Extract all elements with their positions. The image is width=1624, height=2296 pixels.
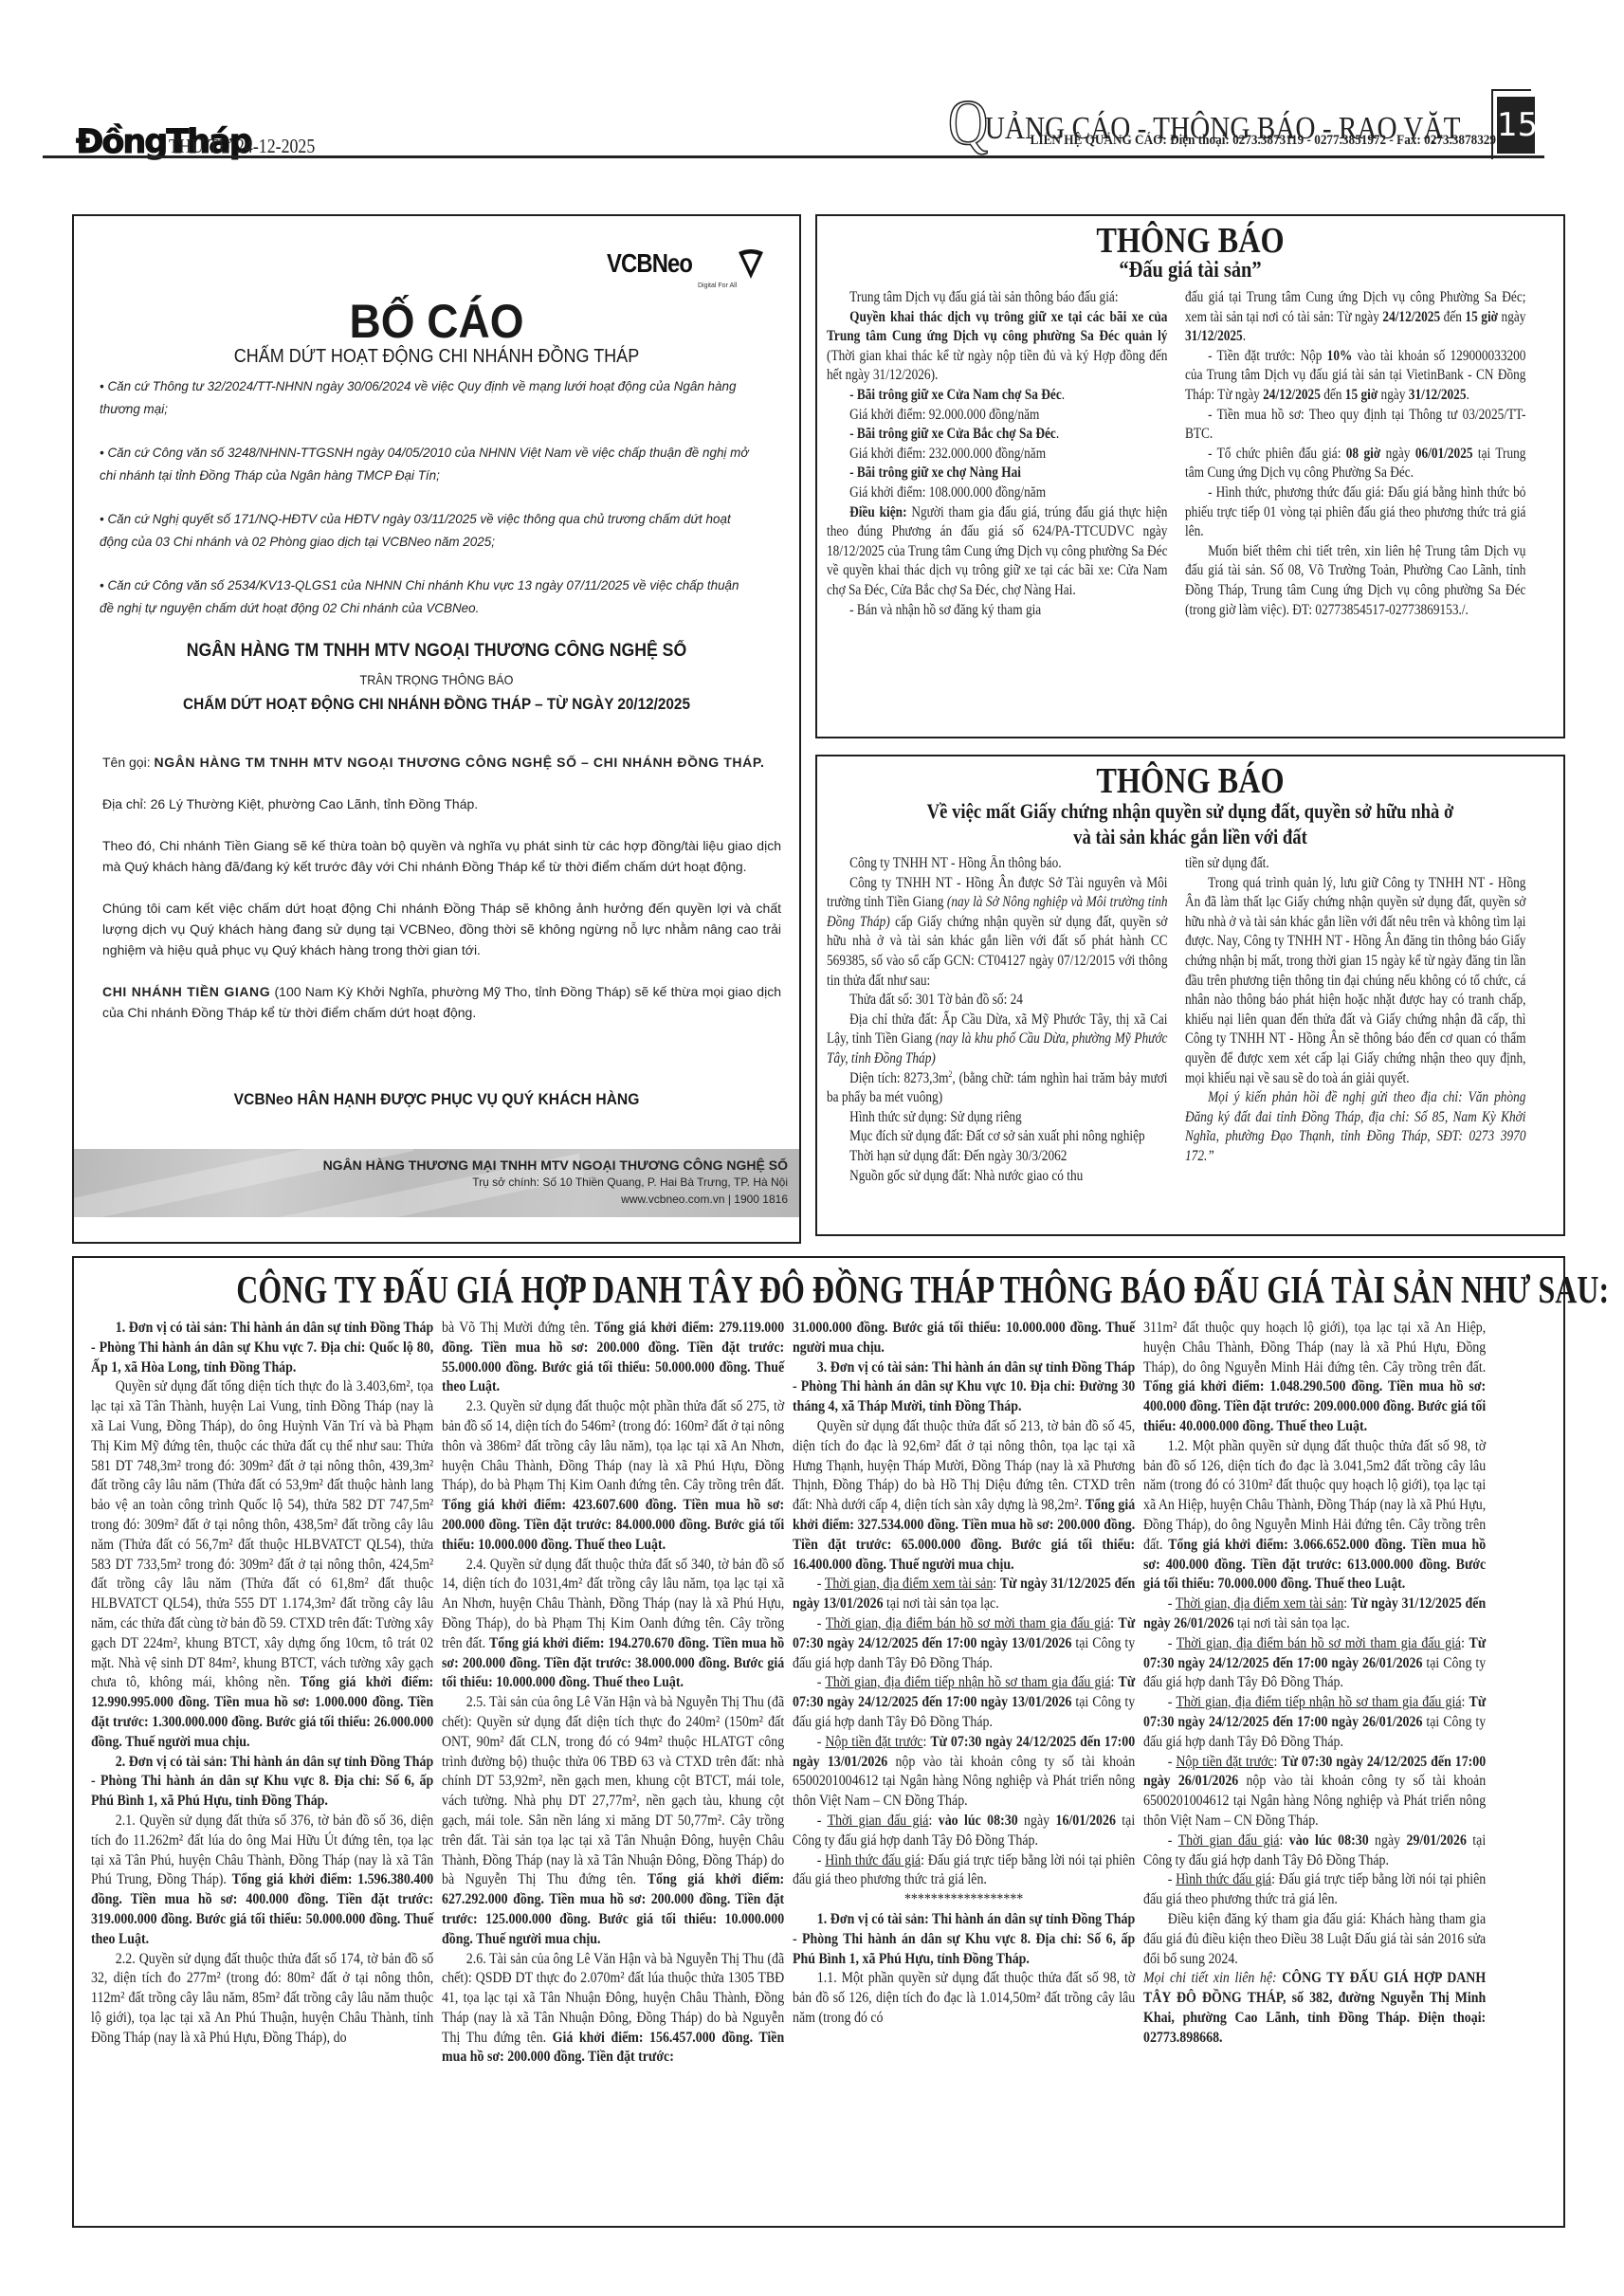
dossier-sale: - Bán và nhận hồ sơ đăng ký tham gia bbox=[827, 601, 1167, 621]
origin-continued: tiền sử dụng đất. bbox=[1185, 854, 1525, 874]
auction-paragraph: - Hình thức đấu giá: Đấu giá trực tiếp b… bbox=[793, 1850, 1135, 1890]
legal-basis-item: • Căn cứ Công văn số 3248/NHNN-TTGSNH ng… bbox=[100, 441, 755, 486]
parcel-address: Địa chỉ thửa đất: Ấp Cầu Dừa, xã Mỹ Phướ… bbox=[827, 1011, 1167, 1069]
ad-contact-line: LIÊN HỆ QUẢNG CÁO: Điện thoại: 0273.3873… bbox=[980, 133, 1496, 149]
use-purpose: Mục đích sử dụng đất: Đất cơ sở sản xuất… bbox=[827, 1127, 1167, 1147]
succession-paragraph: Theo đó, Chi nhánh Tiền Giang sẽ kế thừa… bbox=[102, 835, 781, 877]
lot-3-price: Giá khởi điểm: 108.000.000 đồng/năm bbox=[827, 483, 1167, 503]
thanks-line: VCBNeo HÂN HẠNH ĐƯỢC PHỤC VỤ QUÝ KHÁCH H… bbox=[101, 1090, 772, 1109]
auction-paragraph: 3. Đơn vị có tài sản: Thi hành án dân sự… bbox=[793, 1358, 1135, 1416]
auction-paragraph: 1.2. Một phần quyền sử dụng đất thuộc th… bbox=[1143, 1436, 1486, 1594]
auction-paragraph: - Nộp tiền đặt trước: Từ 07:30 ngày 24/1… bbox=[1143, 1752, 1486, 1831]
auction-paragraph: 2.6. Tài sản của ông Lê Văn Hận và bà Ng… bbox=[442, 1949, 784, 2068]
parcel-area: Diện tích: 8273,3m2, (bằng chữ: tám nghì… bbox=[827, 1069, 1167, 1108]
auction-paragraph: Quyền sử dụng đất tổng diện tích thực đo… bbox=[91, 1376, 433, 1751]
notice-title: THÔNG BÁO bbox=[871, 760, 1508, 802]
feedback-address: Mọi ý kiến phản hồi đề nghị gửi theo địa… bbox=[1185, 1088, 1525, 1166]
lot-1-price: Giá khởi điểm: 92.000.000 đồng/năm bbox=[827, 406, 1167, 426]
auction-paragraph: - Nộp tiền đặt trước: Từ 07:30 ngày 24/1… bbox=[793, 1732, 1135, 1811]
notice-subtitle: “Đấu giá tài sản” bbox=[871, 258, 1508, 283]
notice-subtitle-line-2: và tài sản khác gắn liền với đất bbox=[871, 825, 1508, 849]
auction-paragraph: Mọi chi tiết xin liên hệ: CÔNG TY ĐẤU GI… bbox=[1143, 1968, 1486, 2047]
auction-paragraph: - Thời gian, địa điểm tiếp nhận hồ sơ th… bbox=[793, 1672, 1135, 1731]
auction-column-3: 31.000.000 đồng. Bước giá tối thiểu: 10.… bbox=[793, 1318, 1181, 2028]
auction-notice-col-right: đấu giá tại Trung tâm Cung ứng Dịch vụ c… bbox=[1185, 288, 1526, 620]
legal-basis-item: • Căn cứ Nghị quyết số 171/NQ-HĐTV của H… bbox=[100, 507, 755, 553]
branch-address: Địa chỉ: 26 Lý Thường Kiệt, phường Cao L… bbox=[102, 793, 781, 814]
auction-paragraph: ****************** bbox=[793, 1889, 1135, 1909]
lot-2-price: Giá khởi điểm: 232.000.000 đồng/năm bbox=[827, 445, 1167, 465]
auction-paragraph: 2.1. Quyền sử dụng đất thửa số 376, tờ b… bbox=[91, 1811, 433, 1949]
auction-paragraph: - Hình thức đấu giá: Đấu giá trực tiếp b… bbox=[1143, 1869, 1486, 1909]
use-term: Thời hạn sử dụng đất: Đến ngày 30/3/2062 bbox=[827, 1147, 1167, 1167]
auction-paragraph: - Thời gian đấu giá: vào lúc 08:30 ngày … bbox=[793, 1811, 1135, 1850]
auction-paragraph: - Thời gian, địa điểm bán hồ sơ mời tham… bbox=[1143, 1633, 1486, 1692]
viewing-period: đấu giá tại Trung tâm Cung ứng Dịch vụ c… bbox=[1185, 288, 1525, 347]
respectfully-announces: TRÂN TRỌNG THÔNG BÁO bbox=[108, 672, 764, 687]
notice-subtitle-line-1: Về việc mất Giấy chứng nhận quyền sử dụn… bbox=[871, 799, 1508, 824]
commitment-paragraph: Chúng tôi cam kết việc chấm dứt hoạt độn… bbox=[102, 898, 781, 960]
auction-paragraph: - Thời gian đấu giá: vào lúc 08:30 ngày … bbox=[1143, 1831, 1486, 1870]
bank-name-heading: NGÂN HÀNG TM TNHH MTV NGOẠI THƯƠNG CÔNG … bbox=[98, 641, 776, 662]
conditions: Điều kiện: Người tham gia đấu giá, trúng… bbox=[827, 503, 1167, 601]
vcbneo-logo: VCBNeo bbox=[607, 248, 692, 279]
header-rule bbox=[43, 155, 1544, 158]
auction-paragraph: 1.1. Một phần quyền sử dụng đất thuộc th… bbox=[793, 1968, 1135, 2027]
company-intro: Công ty TNHH NT - Hồng Ân thông báo. bbox=[827, 854, 1167, 874]
auction-paragraph: 2.2. Quyền sử dụng đất thuộc thửa đất số… bbox=[91, 1949, 433, 2048]
auction-column-2: bà Võ Thị Mười đứng tên. Tổng giá khởi đ… bbox=[442, 1318, 830, 2067]
auction-paragraph: 2. Đơn vị có tài sản: Thi hành án dân sự… bbox=[91, 1752, 433, 1811]
auction-method: - Hình thức, phương thức đấu giá: Đấu gi… bbox=[1185, 483, 1525, 542]
auction-paragraph: - Thời gian, địa điểm xem tài sản: Từ ng… bbox=[1143, 1594, 1486, 1633]
auction-paragraph: - Thời gian, địa điểm xem tài sản: Từ ng… bbox=[793, 1574, 1135, 1613]
auction-paragraph: Quyền sử dụng đất thuộc thửa đất số 213,… bbox=[793, 1416, 1135, 1574]
announcement-body: Tên gọi: NGÂN HÀNG TM TNHH MTV NGOẠI THƯ… bbox=[102, 752, 781, 1044]
auction-subject: Quyền khai thác dịch vụ trông giữ xe tại… bbox=[827, 308, 1167, 386]
session-time: - Tổ chức phiên đấu giá: 08 giờ ngày 06/… bbox=[1185, 445, 1525, 483]
vcbneo-footer-band: NGÂN HÀNG THƯƠNG MẠI TNHH MTV NGOẠI THƯƠ… bbox=[74, 1149, 799, 1217]
auction-paragraph: 2.5. Tài sản của ông Lê Văn Hận và bà Ng… bbox=[442, 1692, 784, 1948]
parcel-number: Thửa đất số: 301 Tờ bản đồ số: 24 bbox=[827, 991, 1167, 1011]
auction-paragraph: 1. Đơn vị có tài sản: Thi hành án dân sự… bbox=[793, 1909, 1135, 1968]
announcement-title: BỐ CÁO bbox=[101, 294, 772, 349]
certificate-issuance: Công ty TNHH NT - Hồng Ân được Sở Tài ng… bbox=[827, 874, 1167, 992]
vcbneo-shield-icon bbox=[737, 248, 765, 281]
branch-name: Tên gọi: NGÂN HÀNG TM TNHH MTV NGOẠI THƯ… bbox=[102, 752, 781, 773]
footer-website-hotline[interactable]: www.vcbneo.com.vn | 1900 1816 bbox=[323, 1191, 788, 1208]
auction-column-4: 311m² đất thuộc quy hoạch lộ giới), tọa … bbox=[1143, 1318, 1532, 2047]
legal-basis-item: • Căn cứ Thông tư 32/2024/TT-NHNN ngày 3… bbox=[100, 374, 755, 420]
auction-paragraph: - Thời gian, địa điểm tiếp nhận hồ sơ th… bbox=[1143, 1692, 1486, 1751]
section-title: QUẢNG CÁO - THÔNG BÁO - RAO VẶT bbox=[948, 85, 1460, 160]
footer-headquarters: Trụ sở chính: Số 10 Thiền Quang, P. Hai … bbox=[323, 1174, 788, 1191]
use-form: Hình thức sử dụng: Sử dụng riêng bbox=[827, 1108, 1167, 1128]
deposit: - Tiền đặt trước: Nộp 10% vào tài khoản … bbox=[1185, 347, 1525, 406]
lot-2: - Bãi trông giữ xe Cửa Bắc chợ Sa Đéc. bbox=[827, 425, 1167, 445]
lost-cert-col-right: tiền sử dụng đất. Trong quá trình quản l… bbox=[1185, 854, 1526, 1167]
auction-paragraph: Điều kiện đăng ký tham gia đấu giá: Khác… bbox=[1143, 1909, 1486, 1968]
auction-paragraph: 311m² đất thuộc quy hoạch lộ giới), tọa … bbox=[1143, 1318, 1486, 1436]
lost-cert-col-left: Công ty TNHH NT - Hồng Ân thông báo. Côn… bbox=[827, 854, 1168, 1186]
auction-company-title: CÔNG TY ĐẤU GIÁ HỢP DANH TÂY ĐÔ ĐỒNG THÁ… bbox=[236, 1266, 1401, 1312]
auction-column-1: 1. Đơn vị có tài sản: Thi hành án dân sự… bbox=[91, 1318, 480, 2047]
lot-1: - Bãi trông giữ xe Cửa Nam chợ Sa Đéc. bbox=[827, 386, 1167, 406]
page-number: 15 bbox=[1497, 97, 1535, 154]
termination-heading: CHẤM DỨT HOẠT ĐỘNG CHI NHÁNH ĐỒNG THÁP –… bbox=[108, 695, 764, 714]
auction-paragraph: 2.3. Quyền sử dụng đất thuộc một phần th… bbox=[442, 1396, 784, 1554]
use-origin: Nguồn gốc sử dụng đất: Nhà nước giao có … bbox=[827, 1167, 1167, 1187]
dossier-fee: - Tiền mua hồ sơ: Theo quy định tại Thôn… bbox=[1185, 406, 1525, 445]
legal-basis-list: • Căn cứ Thông tư 32/2024/TT-NHNN ngày 3… bbox=[100, 374, 782, 640]
auction-paragraph: 2.4. Quyền sử dụng đất thuộc thửa đất số… bbox=[442, 1555, 784, 1693]
contact-info: Muốn biết thêm chi tiết trên, xin liên h… bbox=[1185, 542, 1525, 620]
auction-paragraph: bà Võ Thị Mười đứng tên. Tổng giá khởi đ… bbox=[442, 1318, 784, 1396]
footer-bank-name: NGÂN HÀNG THƯƠNG MẠI TNHH MTV NGOẠI THƯƠ… bbox=[323, 1157, 788, 1174]
successor-branch-paragraph: CHI NHÁNH TIỀN GIANG (100 Nam Kỳ Khởi Ng… bbox=[102, 981, 781, 1023]
auction-paragraph: - Thời gian, địa điểm bán hồ sơ mời tham… bbox=[793, 1613, 1135, 1672]
loss-statement: Trong quá trình quản lý, lưu giữ Công ty… bbox=[1185, 874, 1525, 1089]
auction-notice-col-left: Trung tâm Dịch vụ đấu giá tài sản thông … bbox=[827, 288, 1168, 620]
lot-3: - Bãi trông giữ xe chợ Nàng Hai bbox=[827, 464, 1167, 483]
legal-basis-item: • Căn cứ Công văn số 2534/KV13-QLGS1 của… bbox=[100, 574, 755, 619]
announcement-subtitle: CHẤM DỨT HOẠT ĐỘNG CHI NHÁNH ĐỒNG THÁP bbox=[108, 346, 764, 368]
intro: Trung tâm Dịch vụ đấu giá tài sản thông … bbox=[827, 288, 1167, 308]
notice-title: THÔNG BÁO bbox=[871, 220, 1508, 262]
auction-paragraph: 1. Đơn vị có tài sản: Thi hành án dân sự… bbox=[91, 1318, 433, 1376]
auction-paragraph: 31.000.000 đồng. Bước giá tối thiểu: 10.… bbox=[793, 1318, 1135, 1358]
vcbneo-tagline: Digital For All bbox=[698, 282, 737, 289]
